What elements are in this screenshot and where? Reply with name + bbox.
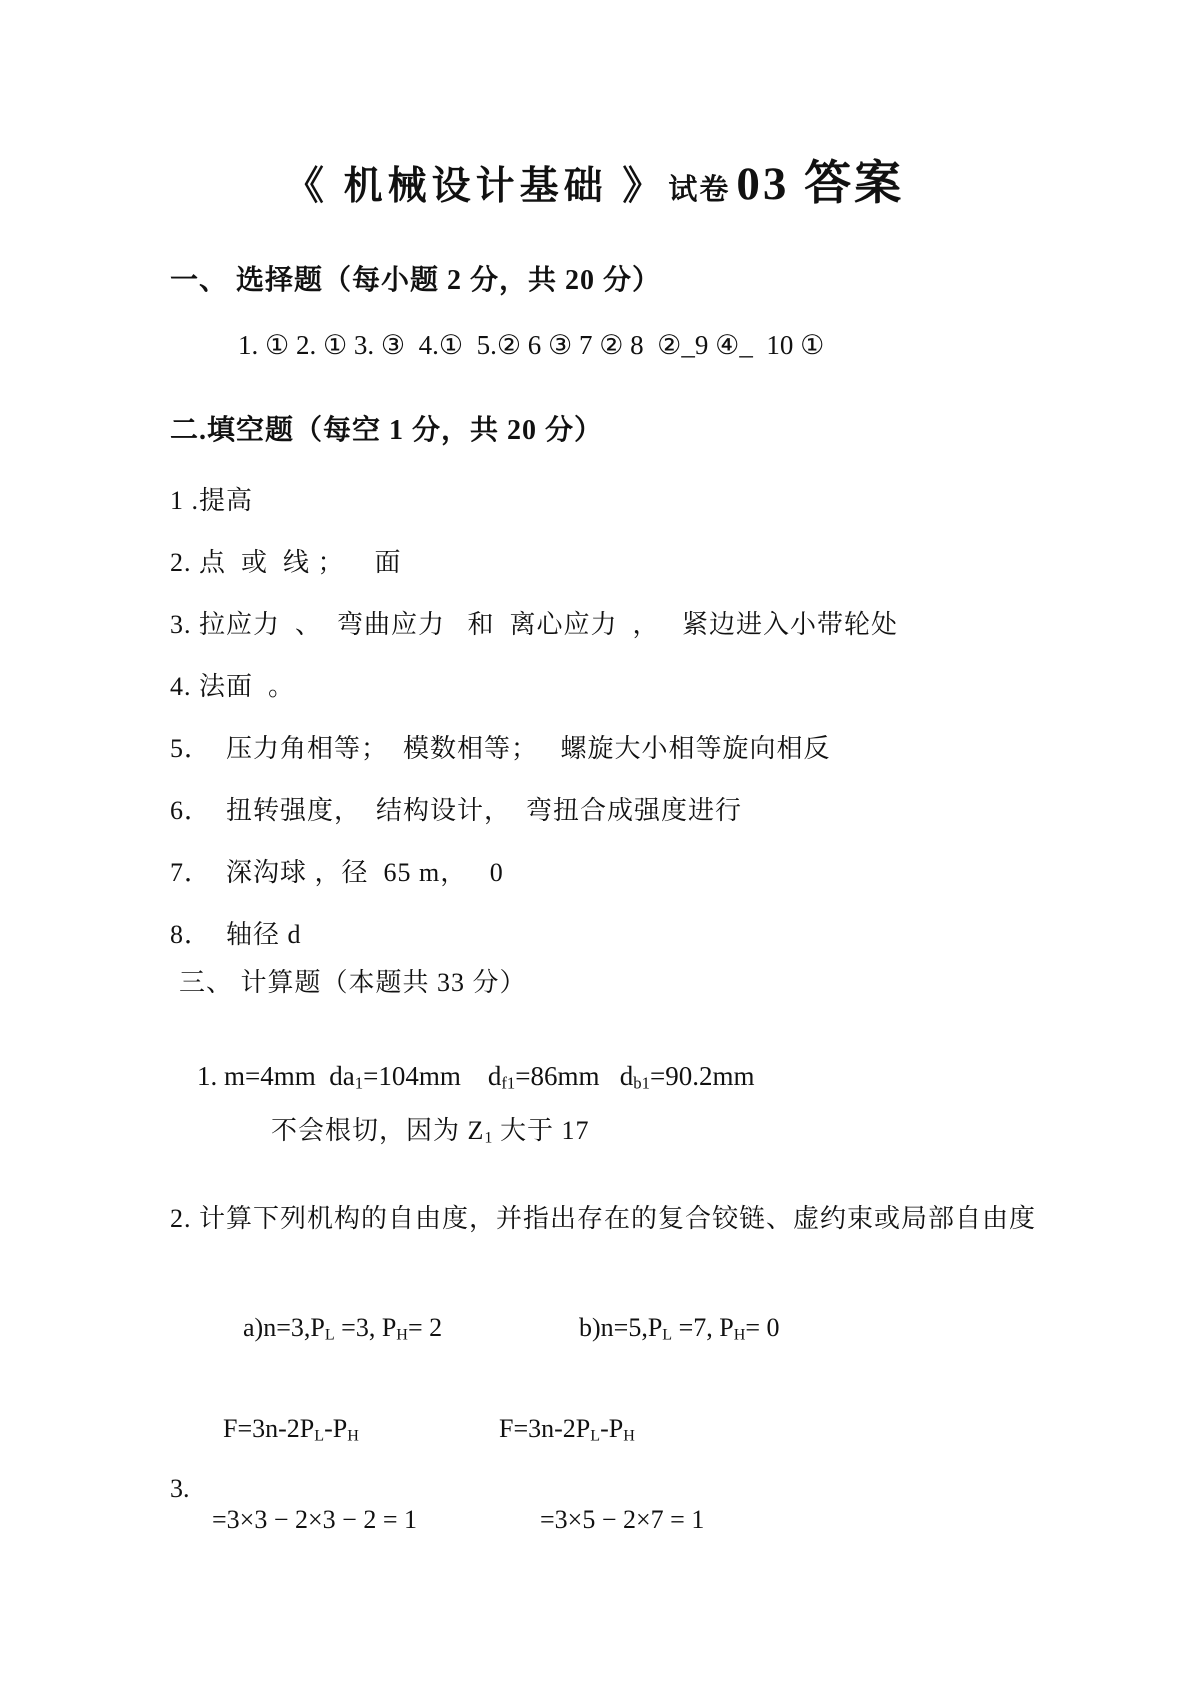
section3-heading: 三、 计算题（本题共 33 分） (179, 962, 527, 999)
fill-item-5: 5． 压力角相等； 模数相等； 螺旋大小相等旋向相反 (170, 728, 831, 765)
col-a-formula-s2: H (347, 1428, 359, 1445)
fill-item-2: 2. 点 或 线 ； 面 (170, 542, 402, 579)
section1-answers: 1. ① 2. ① 3. ③ 4.① 5.② 6 ③ 7 ② 8 ②_9 ④_ … (238, 330, 824, 361)
fill-item-8: 8． 轴径 d (170, 914, 302, 951)
calc1-sub3: b1 (633, 1074, 650, 1093)
page-title: 《 机械设计基础 》试卷03 答案 (0, 146, 1189, 213)
col-a-formula: F=3n-2PL-PH (184, 1382, 442, 1477)
fill-item-4: 4. 法面 。 (170, 666, 295, 703)
col-b-formula-s1: L (590, 1428, 600, 1445)
col-b-result: =3×5 − 2×7 = 1 (540, 1504, 780, 1535)
fill-item-1: 1 .提高 (170, 480, 253, 517)
document-page: 《 机械设计基础 》试卷03 答案 一、 选择题（每小题 2 分，共 20 分）… (0, 0, 1189, 1683)
col-a-formula-s1: L (314, 1428, 324, 1445)
calc2-column-a: a)n=3,PL =3, PH= 2 F=3n-2PL-PH =3×3 − 2×… (184, 1281, 442, 1535)
col-b-given-p2: =7, P (672, 1313, 734, 1342)
col-b-given-s2: H (734, 1327, 746, 1344)
title-course-name: 《 机械设计基础 》 (285, 165, 667, 208)
col-b-given: b)n=5,PL =7, PH= 0 (540, 1281, 780, 1376)
calc1-note: 不会根切，因为 Z1 大于 17 (241, 1080, 589, 1178)
calc3-label: 3. (170, 1474, 190, 1504)
col-b-formula: F=3n-2PL-PH (460, 1382, 780, 1477)
col-b-formula-p2: -P (600, 1414, 623, 1443)
col-a-given-s1: L (325, 1327, 335, 1344)
col-a-given: a)n=3,PL =3, PH= 2 (204, 1281, 442, 1376)
col-b-formula-p1: F=3n-2P (499, 1414, 590, 1443)
title-answer-label: 03 答案 (736, 158, 904, 210)
col-b-given-p1: b)n=5,P (579, 1313, 662, 1342)
fill-item-6: 6． 扭转强度， 结构设计， 弯扭合成强度进行 (170, 790, 742, 827)
col-a-given-p1: a)n=3,P (243, 1313, 325, 1342)
col-a-formula-p1: F=3n-2P (223, 1414, 314, 1443)
calc2-column-b: b)n=5,PL =7, PH= 0 F=3n-2PL-PH =3×5 − 2×… (460, 1281, 780, 1535)
calc2-line: 2. 计算下列机构的自由度，并指出存在的复合铰链、虚约束或局部自由度 (170, 1198, 1036, 1235)
col-b-given-s1: L (662, 1327, 672, 1344)
title-exam-label: 试卷 (668, 174, 730, 206)
col-a-given-p2: =3, P (335, 1313, 397, 1342)
col-a-result: =3×3 − 2×3 − 2 = 1 (212, 1504, 442, 1535)
calc1-part4: =90.2mm (650, 1061, 754, 1091)
col-a-given-s2: H (396, 1327, 408, 1344)
fill-item-3: 3. 拉应力 、 弯曲应力 和 离心应力 ， 紧边进入小带轮处 (170, 604, 898, 641)
col-b-given-p3: = 0 (745, 1313, 779, 1342)
col-a-given-p3: = 2 (408, 1313, 442, 1342)
fill-item-7: 7． 深沟球 ，径 65 m， 0 (170, 852, 504, 889)
col-a-formula-p2: -P (324, 1414, 347, 1443)
note-part1: 不会根切，因为 Z (271, 1116, 484, 1145)
section2-heading: 二.填空题（每空 1 分，共 20 分） (170, 408, 603, 448)
section1-heading: 一、 选择题（每小题 2 分，共 20 分） (170, 258, 661, 298)
col-b-formula-s2: H (623, 1428, 635, 1445)
note-part2: 大于 17 (492, 1116, 589, 1145)
